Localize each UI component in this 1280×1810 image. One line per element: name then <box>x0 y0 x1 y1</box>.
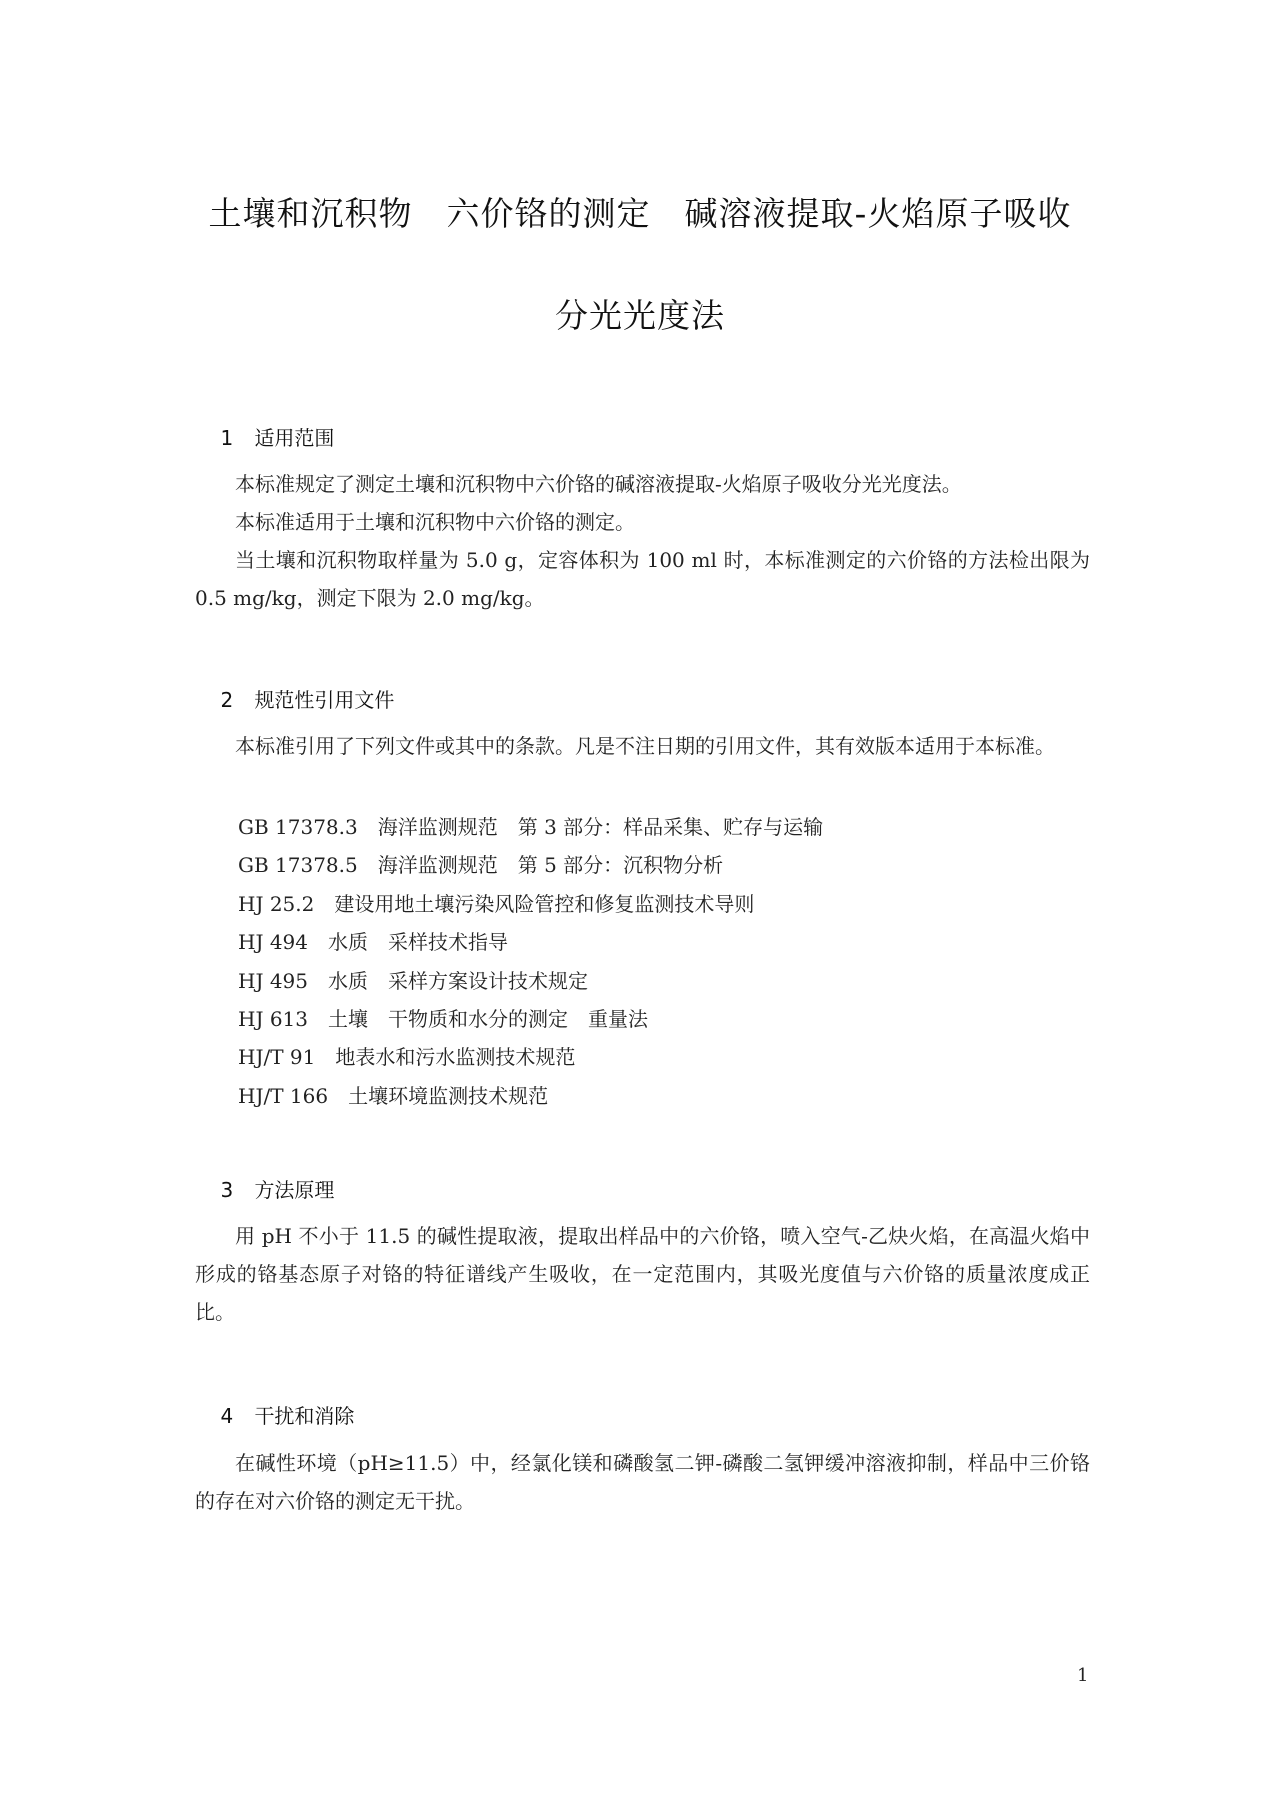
reference-item: GB 17378.3 海洋监测规范 第 3 部分：样品采集、贮存与运输 <box>238 811 823 840</box>
section-3-paragraph-1: 用 pH 不小于 11.5 的碱性提取液，提取出样品中的六价铬，喷入空气-乙炔火… <box>195 1217 1090 1331</box>
section-title: 规范性引用文件 <box>254 688 394 712</box>
reference-item: HJ 25.2 建设用地土壤污染风险管控和修复监测技术导则 <box>238 888 754 917</box>
reference-item: HJ/T 91 地表水和污水监测技术规范 <box>238 1041 575 1070</box>
section-4-paragraph-1: 在碱性环境（pH≥11.5）中，经氯化镁和磷酸氢二钾-磷酸二氢钾缓冲溶液抑制，样… <box>195 1444 1090 1520</box>
page-number: 1 <box>1077 1665 1088 1686</box>
reference-item: HJ 494 水质 采样技术指导 <box>238 926 508 955</box>
section-1-paragraph-2: 本标准适用于土壤和沉积物中六价铬的测定。 <box>195 503 1090 541</box>
section-title: 方法原理 <box>254 1178 334 1202</box>
section-number: 1 <box>220 426 254 450</box>
document-title-line-2: 分光光度法 <box>0 290 1280 337</box>
section-title: 适用范围 <box>254 426 334 450</box>
section-number: 4 <box>220 1404 254 1428</box>
section-3-heading: 3方法原理 <box>195 1150 334 1227</box>
section-1-paragraph-1: 本标准规定了测定土壤和沉积物中六价铬的碱溶液提取-火焰原子吸收分光光度法。 <box>195 465 1090 503</box>
document-page: 土壤和沉积物 六价铬的测定 碱溶液提取-火焰原子吸收 分光光度法 1适用范围 本… <box>0 0 1280 1810</box>
reference-item: GB 17378.5 海洋监测规范 第 5 部分：沉积物分析 <box>238 849 723 878</box>
section-number: 2 <box>220 688 254 712</box>
document-title-line-1: 土壤和沉积物 六价铬的测定 碱溶液提取-火焰原子吸收 <box>0 188 1280 235</box>
reference-item: HJ 613 土壤 干物质和水分的测定 重量法 <box>238 1003 648 1032</box>
section-1-paragraph-3: 当土壤和沉积物取样量为 5.0 g，定容体积为 100 ml 时，本标准测定的六… <box>195 541 1090 617</box>
reference-item: HJ 495 水质 采样方案设计技术规定 <box>238 965 588 994</box>
reference-item: HJ/T 166 土壤环境监测技术规范 <box>238 1080 548 1109</box>
section-title: 干扰和消除 <box>254 1404 354 1428</box>
section-4-heading: 4干扰和消除 <box>195 1376 354 1453</box>
section-2-heading: 2规范性引用文件 <box>195 660 394 737</box>
section-2-paragraph-1: 本标准引用了下列文件或其中的条款。凡是不注日期的引用文件，其有效版本适用于本标准… <box>195 727 1090 765</box>
section-1-heading: 1适用范围 <box>195 398 334 475</box>
section-number: 3 <box>220 1178 254 1202</box>
